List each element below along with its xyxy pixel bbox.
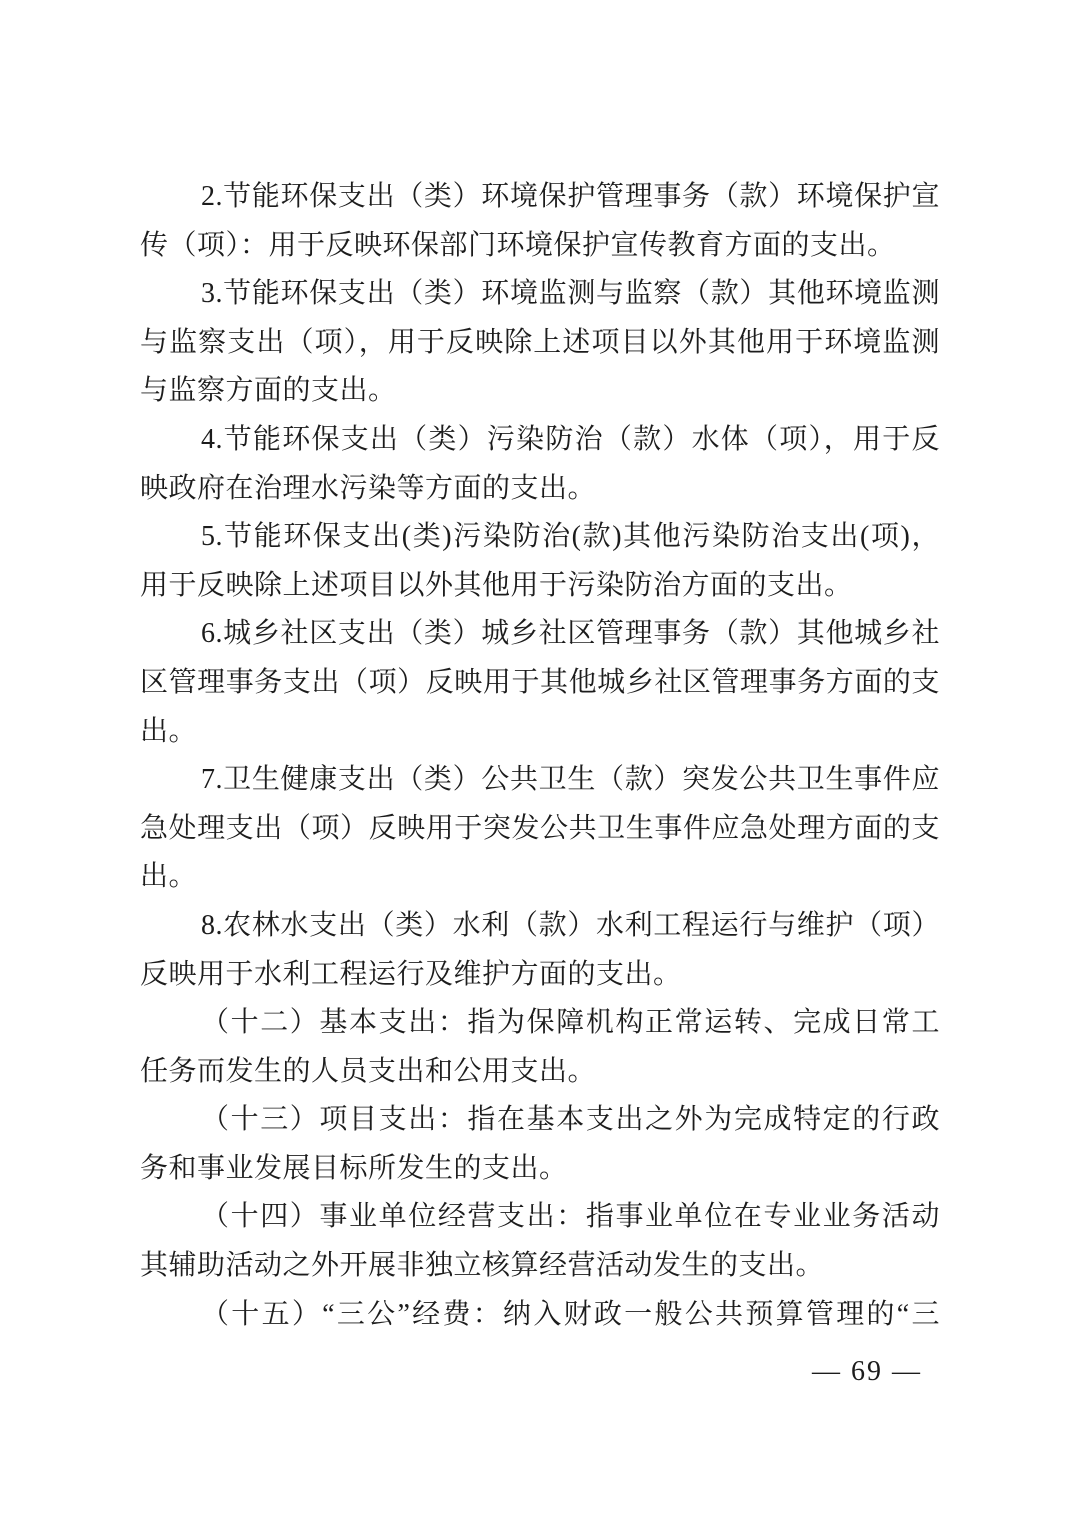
text-line-10: 6.城乡社区支出（类）城乡社区管理事务（款）其他城乡社 (140, 610, 940, 659)
text-line-2: 传（项）：用于反映环保部门环境保护宣传教育方面的支出。 (140, 222, 940, 271)
text-line-16: 8.农林水支出（类）水利（款）水利工程运行与维护（项） (140, 902, 940, 951)
document-body: 2.节能环保支出（类）环境保护管理事务（款）环境保护宣传（项）：用于反映环保部门… (140, 173, 940, 1339)
text-line-7: 映政府在治理水污染等方面的支出。 (140, 465, 940, 514)
text-line-18: （十二）基本支出：指为保障机构正常运转、完成日常工作 (140, 999, 940, 1048)
text-line-21: 务和事业发展目标所发生的支出。 (140, 1145, 940, 1194)
document-page: 2.节能环保支出（类）环境保护管理事务（款）环境保护宣传（项）：用于反映环保部门… (0, 0, 1074, 1520)
text-line-6: 4.节能环保支出（类）污染防治（款）水体（项），用于反 (140, 416, 940, 465)
page-number: — 69 — (812, 1356, 922, 1387)
text-line-20: （十三）项目支出：指在基本支出之外为完成特定的行政任 (140, 1096, 940, 1145)
text-line-3: 3.节能环保支出（类）环境监测与监察（款）其他环境监测 (140, 270, 940, 319)
text-line-8: 5.节能环保支出(类)污染防治(款)其他污染防治支出(项)， (140, 513, 940, 562)
text-line-24: （十五）“三公”经费：纳入财政一般公共预算管理的“三 (140, 1291, 940, 1340)
text-line-12: 出。 (140, 708, 940, 757)
text-line-17: 反映用于水利工程运行及维护方面的支出。 (140, 951, 940, 1000)
text-line-1: 2.节能环保支出（类）环境保护管理事务（款）环境保护宣 (140, 173, 940, 222)
text-line-19: 任务而发生的人员支出和公用支出。 (140, 1048, 940, 1097)
text-line-15: 出。 (140, 853, 940, 902)
text-line-11: 区管理事务支出（项）反映用于其他城乡社区管理事务方面的支 (140, 659, 940, 708)
text-line-5: 与监察方面的支出。 (140, 367, 940, 416)
text-line-14: 急处理支出（项）反映用于突发公共卫生事件应急处理方面的支 (140, 805, 940, 854)
text-line-4: 与监察支出（项），用于反映除上述项目以外其他用于环境监测 (140, 319, 940, 368)
text-line-9: 用于反映除上述项目以外其他用于污染防治方面的支出。 (140, 562, 940, 611)
text-line-23: 其辅助活动之外开展非独立核算经营活动发生的支出。 (140, 1242, 940, 1291)
page-footer: — 69 — (812, 1352, 922, 1392)
text-line-13: 7.卫生健康支出（类）公共卫生（款）突发公共卫生事件应 (140, 756, 940, 805)
text-line-22: （十四）事业单位经营支出：指事业单位在专业业务活动及 (140, 1193, 940, 1242)
